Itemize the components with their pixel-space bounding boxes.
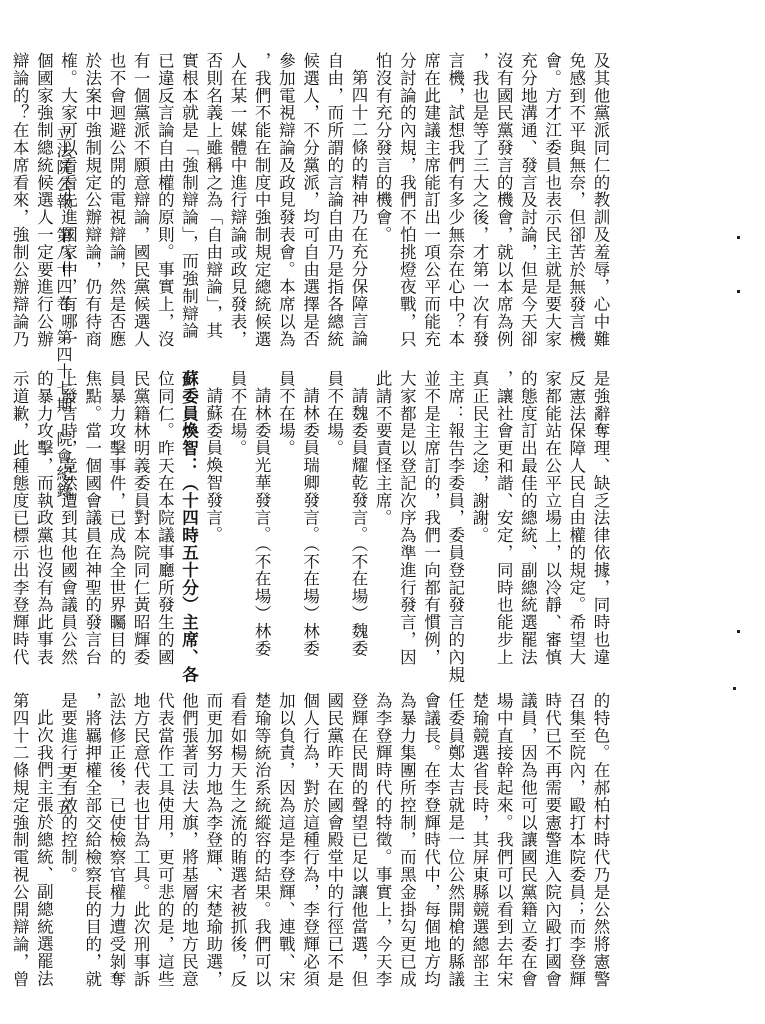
text-column: 楚瑜競選省長時，其屏東縣競選總部主 bbox=[467, 692, 491, 972]
text-column: 辯論的？在本席看來，強制公辦辯論乃 bbox=[7, 52, 31, 332]
text-column: 怕沒有充分發言的機會。 bbox=[370, 52, 394, 332]
text-column: 已違反言論自由權的原則。事實上，沒 bbox=[152, 52, 176, 332]
text-column: 大家都是以登記次序為準進行發言，因 bbox=[394, 370, 418, 650]
text-column: 他們張著司法大旗，將基層的地方民意 bbox=[176, 692, 200, 972]
text-column: 時代已不再需要憲警進入院內毆打國會 bbox=[539, 692, 563, 972]
text-column: 並不是主席訂的，我們一向都有慣例， bbox=[418, 370, 442, 650]
text-column: 言機，試想我們有多少無奈在心中？本 bbox=[443, 52, 467, 332]
text-column: ，我也是等了三大之後，才第一次有發 bbox=[467, 52, 491, 332]
text-column: 員不在場。 bbox=[322, 370, 346, 650]
text-column: ，讓社會更和諧、安定，同時也能步上 bbox=[491, 370, 515, 650]
text-column: 免感到不平與無奈，但卻苦於無發言機 bbox=[564, 52, 588, 332]
text-column: 召集至院內，毆打本院委員；而李登輝 bbox=[564, 692, 588, 972]
text-column: 及其他黨派同仁的教訓及羞辱，心中難 bbox=[588, 52, 612, 332]
text-column: 第四十二條的精神乃在充分保障言論 bbox=[346, 52, 370, 332]
text-column: 此次我們主張於總統、副總統選罷法 bbox=[31, 692, 55, 972]
text-column: ，將羈押權全部交給檢察長的目的，就 bbox=[80, 692, 104, 972]
text-column: 候選人，不分黨派，均可自由選擇是否 bbox=[297, 52, 321, 332]
text-column: 是要進行更有效的控制。 bbox=[55, 692, 79, 972]
text-column: 人在某一媒體中進行辯論或政見發表， bbox=[225, 52, 249, 332]
text-column: 於法案中強制規定公辦辯論，仍有待商 bbox=[80, 52, 104, 332]
text-column: 請林委員光華發言。（不在場）林委 bbox=[249, 370, 273, 650]
text-column: 分討論的內規，我們不怕挑燈夜戰，只 bbox=[394, 52, 418, 332]
page-number: 三二五 bbox=[52, 765, 75, 816]
text-column: 的態度訂出最佳的總統、副總統選罷法 bbox=[515, 370, 539, 650]
text-column: 為李登輝時代的特徵。事實上，今天李 bbox=[370, 692, 394, 972]
running-header: 立法院公報 第八十四卷 第四十七期 院會紀錄 bbox=[52, 125, 75, 499]
text-column: 看看如楊天生之流的賄選者被抓後，反 bbox=[225, 692, 249, 972]
text-column: 示道歉，此種態度已標示出李登輝時代 bbox=[7, 370, 31, 650]
text-column: 席在此建議主席能訂出一項公平而能充 bbox=[418, 52, 442, 332]
text-column: 自由，而所謂的言論自由乃是指各總統 bbox=[322, 52, 346, 332]
text-column: 會議長。在李登輝時代中，每個地方均 bbox=[418, 692, 442, 972]
text-column: 議員，因為他可以讓國民黨籍立委在會 bbox=[515, 692, 539, 972]
text-column: 真正民主之途，謝謝。 bbox=[467, 370, 491, 650]
text-column: 請蘇委員煥智發言。 bbox=[201, 370, 225, 650]
text-column: 訟法修正後，已使檢察官權力遭受剝奪 bbox=[104, 692, 128, 972]
text-column: 充分地溝通、發言及討論，但是今天卻 bbox=[515, 52, 539, 332]
text-column: 員不在場。 bbox=[273, 370, 297, 650]
text-column: 是強辭奪理、缺乏法律依據，同時也違 bbox=[588, 370, 612, 650]
text-column: 為暴力集團所控制，而黑金掛勾更已成 bbox=[394, 692, 418, 972]
text-column: 反憲法保障人民自由權的規定。希望大 bbox=[564, 370, 588, 650]
text-column: 地方民意代表也甘為工具。此次刑事訴 bbox=[128, 692, 152, 972]
text-column: 蘇委員煥智：（十四時五十分）主席、各 bbox=[176, 370, 200, 650]
text-band-middle: 是強辭奪理、缺乏法律依據，同時也違反憲法保障人民自由權的規定。希望大家都能站在公… bbox=[7, 370, 612, 650]
text-column: 請魏委員耀乾發言。（不在場）魏委 bbox=[346, 370, 370, 650]
scan-speck bbox=[733, 687, 736, 690]
text-column: 民黨籍林明義委員對本院同仁黃昭輝委 bbox=[128, 370, 152, 650]
text-column: 參加電視辯論及政見發表會。本席以為 bbox=[273, 52, 297, 332]
text-column: 楚瑜等統治系統縱容的結果。我們可以 bbox=[249, 692, 273, 972]
scan-speck bbox=[737, 236, 740, 239]
text-column: 代表當作工具使用，更可悲的是，這些 bbox=[152, 692, 176, 972]
text-band-bottom: 的特色。在郝柏村時代乃是公然將憲警召集至院內，毆打本院委員；而李登輝時代已不再需… bbox=[7, 692, 612, 972]
text-column: 國民黨昨天在國會殿堂中的行徑已不是 bbox=[322, 692, 346, 972]
text-column: 登輝在民間的聲望已足以讓他當選，但 bbox=[346, 692, 370, 972]
text-column: 任委員鄭太吉就是一位公然開槍的縣議 bbox=[443, 692, 467, 972]
text-column: ，我們不能在制度中強制規定總統候選 bbox=[249, 52, 273, 332]
text-column: 位同仁。昨天在本院議事廳所發生的國 bbox=[152, 370, 176, 650]
scan-speck bbox=[737, 290, 740, 293]
text-band-top: 及其他黨派同仁的教訓及羞辱，心中難免感到不平與無奈，但卻苦於無發言機會。方才江委… bbox=[7, 52, 612, 332]
text-column: 第四十二條規定強制電視公開辯論，曾 bbox=[7, 692, 31, 972]
text-column: 此請不要責怪主席。 bbox=[370, 370, 394, 650]
text-column: 家都能站在公平立場上，以冷靜、審慎 bbox=[539, 370, 563, 650]
text-column: 會。方才江委員也表示民主就是要大家 bbox=[539, 52, 563, 332]
text-column: 否則名義上雖稱之為「自由辯論」，其 bbox=[201, 52, 225, 332]
text-column: 的特色。在郝柏村時代乃是公然將憲警 bbox=[588, 692, 612, 972]
text-column: 而更加努力地為李登輝、宋楚瑜助選， bbox=[201, 692, 225, 972]
text-column: 員不在場。 bbox=[225, 370, 249, 650]
text-column: 請林委員瑞卿發言。（不在場）林委 bbox=[297, 370, 321, 650]
text-column: 也不會迴避公開的電視辯論，然是否應 bbox=[104, 52, 128, 332]
text-column: 員暴力攻擊事件，已成為全世界矚目的 bbox=[104, 370, 128, 650]
text-column: 加以負責，因為這是李登輝、連戰、宋 bbox=[273, 692, 297, 972]
text-column: 場中直接幹起來。我們可以看到去年宋 bbox=[491, 692, 515, 972]
text-column: 個人行為，對於這種行為，李登輝必須 bbox=[297, 692, 321, 972]
text-column: 焦點。當一個國會議員在神聖的發言台 bbox=[80, 370, 104, 650]
text-column: 主席：報告李委員，委員登記發言的內規 bbox=[443, 370, 467, 650]
scan-speck bbox=[737, 630, 740, 633]
text-column: 實根本就是「強制辯論」，而強制辯論 bbox=[176, 52, 200, 332]
text-column: 有一個黨派不願意辯論，國民黨候選人 bbox=[128, 52, 152, 332]
text-column: 沒有國民黨發言的機會，就以本席為例 bbox=[491, 52, 515, 332]
